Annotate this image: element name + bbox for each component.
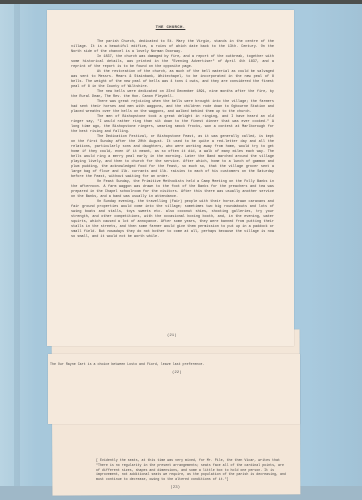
page-edge-shadow bbox=[14, 4, 20, 500]
document-title: THE CHURCH. bbox=[47, 26, 294, 30]
paragraph: On Sunday evening, the travelling (Fair)… bbox=[71, 200, 274, 240]
document-body: The parish Church, dedicated to St. Mary… bbox=[71, 40, 274, 240]
paragraph: The men of Bishopstone took a great deli… bbox=[71, 115, 274, 135]
paragraph: The Dedication Festival, or Bishopstone … bbox=[71, 135, 274, 180]
front-sheet: THE CHURCH. The parish Church, dedicated… bbox=[47, 10, 294, 346]
page-number-mid: (22) bbox=[172, 371, 182, 375]
page-number-back: (23) bbox=[170, 486, 180, 490]
page-number-front: (21) bbox=[167, 334, 177, 338]
vicar-quote-text: [ Evidently the seats, at this time was … bbox=[96, 458, 286, 482]
paragraph: At the restoration of the church, as muc… bbox=[71, 70, 274, 90]
paragraph: On Feast Sunday, the Primitive Methodist… bbox=[71, 180, 274, 200]
paragraph: The parish Church, dedicated to St. Mary… bbox=[71, 40, 274, 55]
footnote-text: The Our Rayne Cart is a choice between L… bbox=[50, 362, 250, 367]
paragraph: The new bells were dedicated on 23rd Dec… bbox=[71, 90, 274, 100]
paragraph: In 1837, the church was damaged by fire,… bbox=[71, 55, 274, 70]
paragraph: There was great rejoicing when the bells… bbox=[71, 100, 274, 115]
